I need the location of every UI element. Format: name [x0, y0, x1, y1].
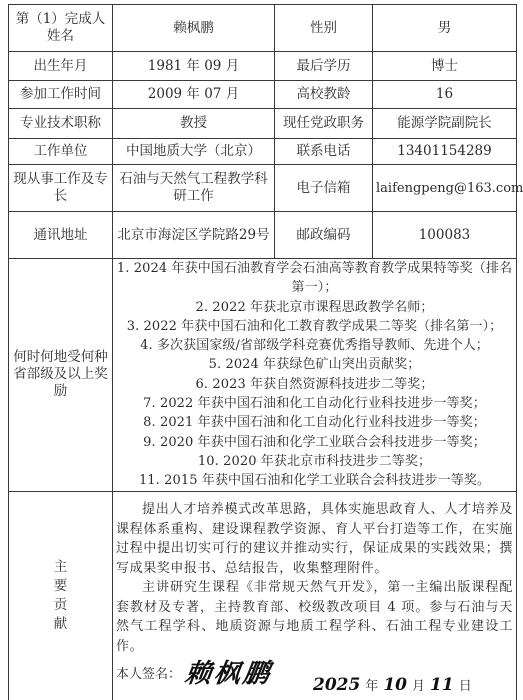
contribution-paragraph: 主讲研究生课程《非常规天然气开发》，第一主编出版课程配套教材及专著，主持教育部、…: [116, 578, 513, 656]
phone-label: 联系电话: [275, 139, 373, 165]
teaching-years-label: 高校教龄: [275, 81, 373, 109]
table-row: 专业技术职称 教授 现任党政职务 能源学院副院长: [9, 109, 517, 139]
contribution-paragraph: 提出人才培养模式改革思路，具体实施思政育人、人才培养及课程体系重构、建设课程教学…: [116, 500, 513, 578]
signature-date: 2025 年 10 月 11 日: [313, 676, 472, 697]
employer-value: 中国地质大学（北京）: [113, 139, 275, 165]
award-item: 8. 2021 年获中国石油和化工自动化行业科技进步一等奖；: [116, 413, 513, 432]
gender-label: 性别: [275, 5, 373, 52]
award-item: 7. 2022 年获中国石油和化工自动化行业科技进步一等奖；: [116, 394, 513, 413]
birth-value: 1981 年 09 月: [113, 52, 275, 81]
award-item: 2. 2022 年获北京市课程思政教学名师；: [116, 298, 513, 317]
handwritten-signature: 赖枫鹏: [184, 665, 274, 685]
address-value: 北京市海淀区学院路29号: [113, 212, 275, 259]
table-row: 出生年月 1981 年 09 月 最后学历 博士: [9, 52, 517, 81]
table-row: 现从事工作及专长 石油与天然气工程教学科研工作 电子信箱 laifengpeng…: [9, 165, 517, 212]
birth-label: 出生年月: [9, 52, 113, 81]
teaching-years-value: 16: [373, 81, 517, 109]
contributions-row: 主要贡献 提出人才培养模式改革思路，具体实施思政育人、人才培养及课程体系重构、建…: [9, 491, 517, 700]
specialty-label: 现从事工作及专长: [9, 165, 113, 212]
date-month: 10: [383, 676, 407, 696]
award-nominee-form: 第（1）完成人姓名 赖枫鹏 性别 男 出生年月 1981 年 09 月 最后学历…: [8, 4, 516, 695]
award-item: 4. 多次获国家级/省部级学科竞赛优秀指导教师、先进个人；: [116, 336, 513, 355]
awards-list: 1. 2024 年获中国石油教育学会石油高等教育教学成果特等奖（排名第一）； 2…: [113, 259, 517, 492]
title-value: 教授: [113, 109, 275, 139]
table-row: 通讯地址 北京市海淀区学院路29号 邮政编码 100083: [9, 212, 517, 259]
work-start-value: 2009 年 07 月: [113, 81, 275, 109]
contributions-content: 提出人才培养模式改革思路，具体实施思政育人、人才培养及课程体系重构、建设课程教学…: [113, 491, 517, 700]
name-label: 第（1）完成人姓名: [9, 5, 113, 52]
title-label: 专业技术职称: [9, 109, 113, 139]
award-item: 6. 2023 年获自然资源科技进步二等奖；: [116, 375, 513, 394]
phone-value: 13401154289: [373, 139, 517, 165]
work-start-label: 参加工作时间: [9, 81, 113, 109]
award-item: 5. 2024 年获绿色矿山突出贡献奖；: [116, 355, 513, 374]
table-row: 工作单位 中国地质大学（北京） 联系电话 13401154289: [9, 139, 517, 165]
contributions-label-cell: 主要贡献: [9, 491, 113, 700]
email-value: laifengpeng@163.com: [373, 165, 517, 212]
year-unit: 年: [365, 677, 378, 697]
award-item: 11. 2015 年获中国石油和化学工业联合会科技进步一等奖。: [116, 471, 513, 490]
position-label: 现任党政职务: [275, 109, 373, 139]
position-value: 能源学院副院长: [373, 109, 517, 139]
signature-label: 本人签名：: [116, 665, 181, 685]
education-label: 最后学历: [275, 52, 373, 81]
address-label: 通讯地址: [9, 212, 113, 259]
date-day: 11: [430, 676, 454, 696]
month-unit: 月: [412, 677, 425, 697]
award-item: 1. 2024 年获中国石油教育学会石油高等教育教学成果特等奖（排名第一）；: [116, 259, 513, 298]
award-item: 10. 2020 年获北京市科技进步二等奖；: [116, 452, 513, 471]
education-value: 博士: [373, 52, 517, 81]
day-unit: 日: [459, 677, 472, 697]
awards-row: 何时何地受何种省部级及以上奖励 1. 2024 年获中国石油教育学会石油高等教育…: [9, 259, 517, 492]
gender-value: 男: [373, 5, 517, 52]
employer-label: 工作单位: [9, 139, 113, 165]
awards-label: 何时何地受何种省部级及以上奖励: [9, 259, 113, 492]
email-label: 电子信箱: [275, 165, 373, 212]
postcode-value: 100083: [373, 212, 517, 259]
table-row: 第（1）完成人姓名 赖枫鹏 性别 男: [9, 5, 517, 52]
name-value: 赖枫鹏: [113, 5, 275, 52]
specialty-value: 石油与天然气工程教学科研工作: [113, 165, 275, 212]
info-table: 第（1）完成人姓名 赖枫鹏 性别 男 出生年月 1981 年 09 月 最后学历…: [8, 4, 517, 700]
table-row: 参加工作时间 2009 年 07 月 高校教龄 16: [9, 81, 517, 109]
award-item: 3. 2022 年获中国石油和化工教育教学成果二等奖（排名第一）；: [116, 317, 513, 336]
contributions-label: 主要贡献: [54, 558, 68, 634]
postcode-label: 邮政编码: [275, 212, 373, 259]
award-item: 9. 2020 年获中国石油和化学工业联合会科技进步一等奖；: [116, 433, 513, 452]
date-year: 2025: [313, 676, 360, 696]
